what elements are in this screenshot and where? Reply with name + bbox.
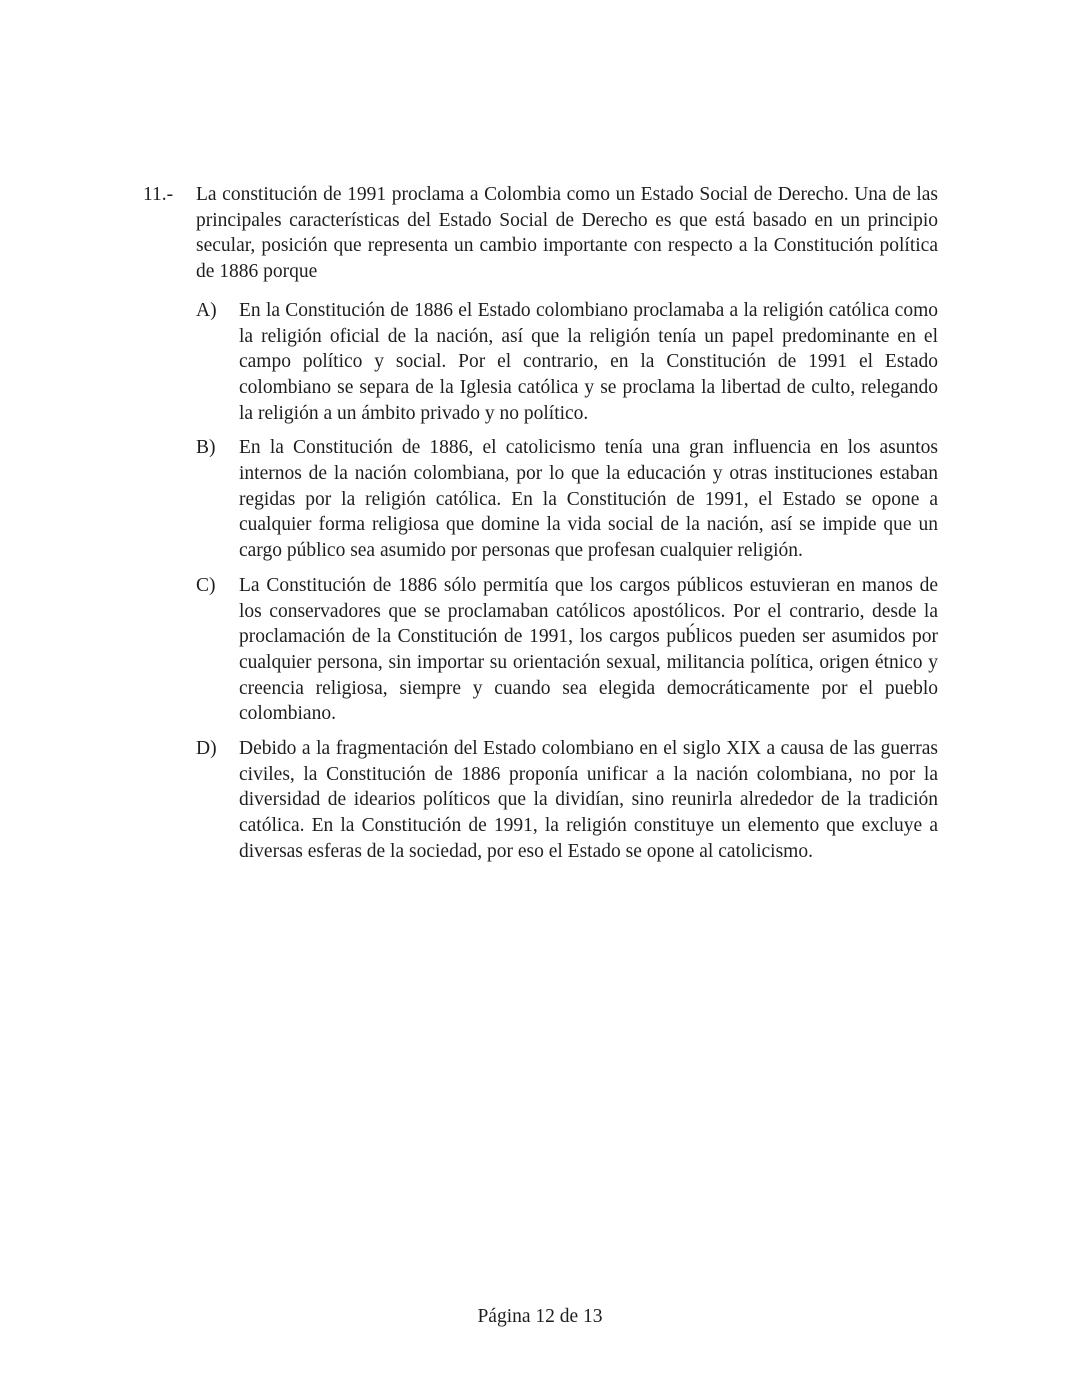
option-c-label: C) [196, 573, 239, 599]
option-b: B) En la Constitución de 1886, el catoli… [196, 435, 938, 564]
question-number: 11.- [143, 182, 196, 208]
page-indicator: Página 12 de 13 [0, 1304, 1080, 1330]
option-c: C) La Constitución de 1886 sólo permitía… [196, 573, 938, 727]
option-d: D) Debido a la fragmentación del Estado … [196, 736, 938, 865]
option-a-text: En la Constitución de 1886 el Estado col… [239, 298, 938, 427]
option-d-text: Debido a la fragmentación del Estado col… [239, 736, 938, 865]
question-stem: La constitución de 1991 proclama a Colom… [196, 182, 938, 285]
document-page: 11.- La constitución de 1991 proclama a … [0, 0, 1080, 1397]
question-stem-row: 11.- La constitución de 1991 proclama a … [143, 182, 938, 285]
option-a: A) En la Constitución de 1886 el Estado … [196, 298, 938, 427]
option-b-label: B) [196, 435, 239, 461]
option-d-label: D) [196, 736, 239, 762]
option-c-text: La Constitución de 1886 sólo permitía qu… [239, 573, 938, 727]
options-list: A) En la Constitución de 1886 el Estado … [143, 298, 938, 865]
option-b-text: En la Constitución de 1886, el catolicis… [239, 435, 938, 564]
question-block: 11.- La constitución de 1991 proclama a … [143, 182, 938, 865]
option-a-label: A) [196, 298, 239, 324]
